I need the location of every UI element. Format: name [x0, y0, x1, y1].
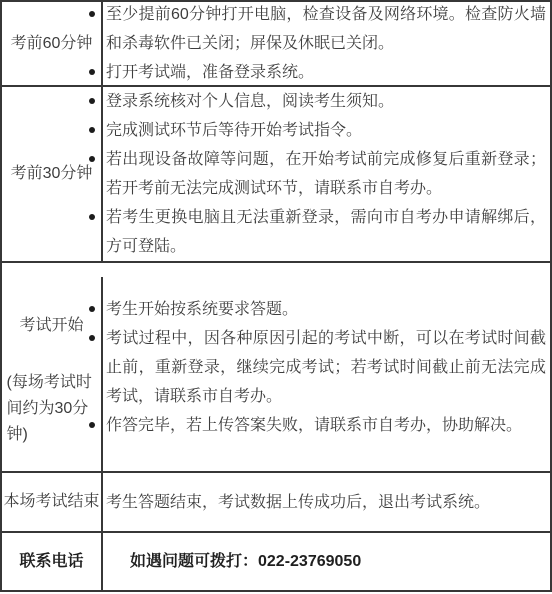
- table-row-before-30min: 考前30分钟 登录系统核对个人信息，阅读考生须知。 完成测试环节后等待开始考试指…: [2, 87, 550, 263]
- table-row-exam-start: 考试开始 (每场考试时间约为30分钟) 考生开始按系统要求答题。 考试过程中，因…: [2, 263, 550, 473]
- row-label: 考前30分钟: [11, 162, 93, 186]
- bullet-icon: [89, 306, 95, 312]
- contact-phone-text: 如遇问题可拨打：022-23769050: [130, 547, 546, 576]
- list-item: 若出现设备故障等问题，在开始考试前完成修复后重新登录；若开考前无法完成测试环节，…: [106, 145, 546, 203]
- row-content-cell: 登录系统核对个人信息，阅读考生须知。 完成测试环节后等待开始考试指令。 若出现设…: [103, 87, 550, 261]
- list-item: 至少提前60分钟打开电脑，检查设备及网络环境。检查防火墙和杀毒软件已关闭；屏保及…: [106, 0, 546, 58]
- row-label: 考前60分钟: [11, 32, 93, 56]
- bullet-icon: [89, 422, 95, 428]
- bullet-icon: [89, 214, 95, 220]
- list-item: 考生开始按系统要求答题。: [106, 295, 546, 324]
- bullet-icon: [89, 11, 95, 17]
- list-item-text: 考试过程中，因各种原因引起的考试中断，可以在考试时间截止前，重新登录，继续完成考…: [106, 330, 546, 405]
- row-content-cell: 考生答题结束，考试数据上传成功后，退出考试系统。: [103, 473, 550, 531]
- list-item: 登录系统核对个人信息，阅读考生须知。: [106, 87, 546, 116]
- bullet-icon: [89, 335, 95, 341]
- row-content-cell: 如遇问题可拨打：022-23769050: [103, 533, 550, 590]
- list-item: 打开考试端，准备登录系统。: [106, 58, 546, 87]
- list-item-text: 登录系统核对个人信息，阅读考生须知。: [106, 93, 394, 110]
- row-content-cell: 考生开始按系统要求答题。 考试过程中，因各种原因引起的考试中断，可以在考试时间截…: [103, 263, 550, 471]
- row-content-cell: 至少提前60分钟打开电脑，检查设备及网络环境。检查防火墙和杀毒软件已关闭；屏保及…: [103, 2, 550, 85]
- list-item-text: 若考生更换电脑且无法重新登录，需向市自考办申请解绑后，方可登陆。: [106, 209, 546, 255]
- table-row-contact-phone: 联系电话 如遇问题可拨打：022-23769050: [2, 533, 550, 590]
- list-item-text: 完成测试环节后等待开始考试指令。: [106, 122, 362, 139]
- bullet-icon: [89, 69, 95, 75]
- list-item: 作答完毕，若上传答案失败，请联系市自考办，协助解决。: [106, 411, 546, 440]
- list-item-text: 打开考试端，准备登录系统。: [106, 64, 314, 81]
- list-item: 考生答题结束，考试数据上传成功后，退出考试系统。: [106, 488, 546, 517]
- list-item: 考试过程中，因各种原因引起的考试中断，可以在考试时间截止前，重新登录，继续完成考…: [106, 324, 546, 411]
- table-row-before-60min: 考前60分钟 至少提前60分钟打开电脑，检查设备及网络环境。检查防火墙和杀毒软件…: [2, 2, 550, 87]
- row-label: 联系电话: [19, 550, 83, 574]
- row-label: 本场考试结束: [3, 490, 99, 514]
- list-item-text: 考生答题结束，考试数据上传成功后，退出考试系统。: [106, 494, 490, 511]
- phone-text: 如遇问题可拨打：022-23769050: [130, 553, 361, 570]
- bullet-icon: [89, 98, 95, 104]
- exam-procedure-table: 考前60分钟 至少提前60分钟打开电脑，检查设备及网络环境。检查防火墙和杀毒软件…: [0, 0, 552, 592]
- row-label-note: (每场考试时间约为30分钟): [7, 370, 97, 448]
- list-item-text: 作答完毕，若上传答案失败，请联系市自考办，协助解决。: [106, 417, 522, 434]
- bullet-icon: [89, 156, 95, 162]
- list-item-text: 至少提前60分钟打开电脑，检查设备及网络环境。检查防火墙和杀毒软件已关闭；屏保及…: [106, 6, 546, 52]
- row-label: 考试开始: [19, 314, 83, 338]
- list-item-text: 考生开始按系统要求答题。: [106, 301, 298, 318]
- row-label-cell: 联系电话: [2, 533, 103, 590]
- bullet-icon: [89, 127, 95, 133]
- list-item: 若考生更换电脑且无法重新登录，需向市自考办申请解绑后，方可登陆。: [106, 203, 546, 261]
- row-label-cell: 考前60分钟: [2, 2, 103, 85]
- row-label-cell: 考前30分钟: [2, 87, 103, 261]
- row-label-cell: 考试开始 (每场考试时间约为30分钟): [2, 277, 103, 485]
- list-item-text: 若出现设备故障等问题，在开始考试前完成修复后重新登录；若开考前无法完成测试环节，…: [106, 151, 546, 197]
- list-item: 完成测试环节后等待开始考试指令。: [106, 116, 546, 145]
